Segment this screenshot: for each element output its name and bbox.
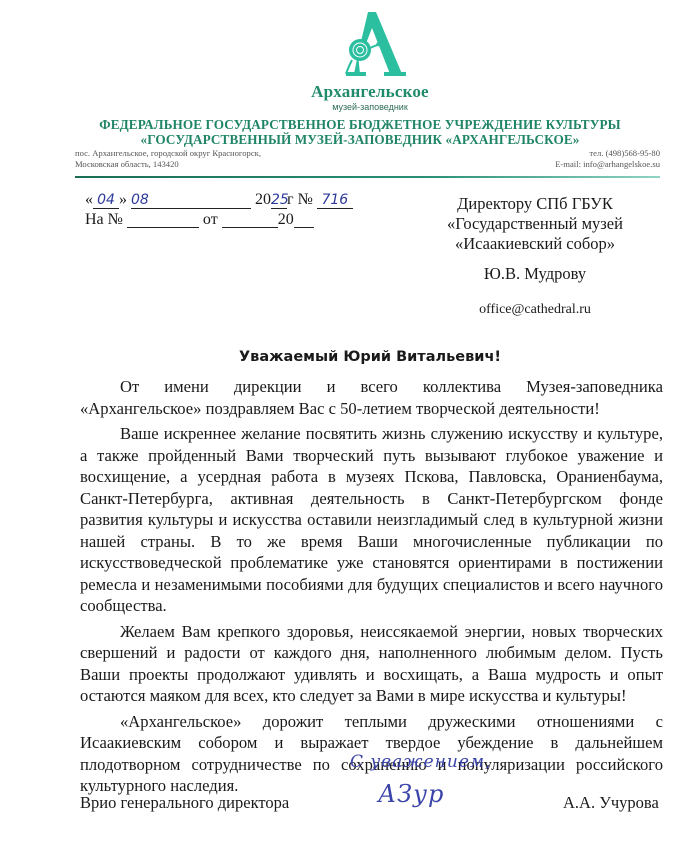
handwritten-note: С уважением, bbox=[350, 752, 491, 772]
reg-year-letter: г № bbox=[287, 191, 313, 208]
org-header-line1: ФЕДЕРАЛЬНОЕ ГОСУДАРСТВЕННОЕ БЮДЖЕТНОЕ УЧ… bbox=[60, 117, 660, 133]
ref-number-blank bbox=[127, 212, 199, 228]
quote-open: « bbox=[85, 191, 93, 208]
reg-number: 716 bbox=[321, 192, 348, 208]
address-line1: пос. Архангельское, городской округ Крас… bbox=[75, 148, 261, 159]
signatory-name: А.А. Учурова bbox=[563, 793, 659, 813]
ref-from: от bbox=[203, 211, 218, 228]
reg-month: 08 bbox=[131, 192, 149, 208]
addressee-line2: «Государственный музей bbox=[420, 214, 650, 234]
letter-greeting: Уважаемый Юрий Витальевич! bbox=[80, 349, 660, 365]
address-line2: Московская область, 143420 bbox=[75, 159, 261, 170]
quote-close: » bbox=[119, 191, 127, 208]
org-phone: тел. (498)568-95-80 bbox=[555, 148, 660, 159]
addressee-block: Директору СПб ГБУК «Государственный музе… bbox=[420, 194, 650, 254]
outgoing-registration: «04» 08 2025г № 716 bbox=[85, 191, 353, 209]
letter-a-with-rose-icon bbox=[332, 8, 408, 80]
ref-label: На № bbox=[85, 211, 123, 228]
logo-name: Архангельское bbox=[300, 82, 440, 102]
header-divider bbox=[75, 176, 660, 178]
signature-scrawl: АЗур bbox=[378, 780, 444, 808]
ref-year: 20 bbox=[278, 211, 294, 228]
ref-year-blank bbox=[294, 212, 314, 228]
org-header-line2: «ГОСУДАРСТВЕННЫЙ МУЗЕЙ-ЗАПОВЕДНИК «АРХАН… bbox=[60, 132, 660, 148]
org-address: пос. Архангельское, городской округ Крас… bbox=[75, 148, 261, 170]
addressee-email: office@cathedral.ru bbox=[420, 300, 650, 320]
ref-date-blank bbox=[222, 212, 278, 228]
addressee-line3: «Исаакиевский собор» bbox=[420, 234, 650, 254]
incoming-reference: На № от 20 bbox=[85, 211, 314, 229]
paragraph: Желаем Вам крепкого здоровья, неиссякаем… bbox=[80, 621, 663, 707]
reg-year-prefix: 20 bbox=[255, 191, 271, 208]
museum-logo: Архангельское музей-заповедник bbox=[300, 8, 440, 108]
handwritten-signature: С уважением, АЗур bbox=[340, 752, 520, 822]
org-contacts: тел. (498)568-95-80 E-mail: info@arhange… bbox=[555, 148, 660, 170]
logo-subtitle: музей-заповедник bbox=[300, 102, 440, 112]
org-email: E-mail: info@arhangelskoe.su bbox=[555, 159, 660, 170]
addressee-name: Ю.В. Мудрову bbox=[420, 264, 650, 284]
addressee-line1: Директору СПб ГБУК bbox=[420, 194, 650, 214]
paragraph: Ваше искреннее желание посвятить жизнь с… bbox=[80, 423, 663, 617]
paragraph: От имени дирекции и всего коллектива Муз… bbox=[80, 376, 663, 419]
reg-day: 04 bbox=[97, 192, 115, 208]
signatory-title: Врио генерального директора bbox=[80, 793, 289, 813]
letter-body: От имени дирекции и всего коллектива Муз… bbox=[80, 376, 663, 801]
